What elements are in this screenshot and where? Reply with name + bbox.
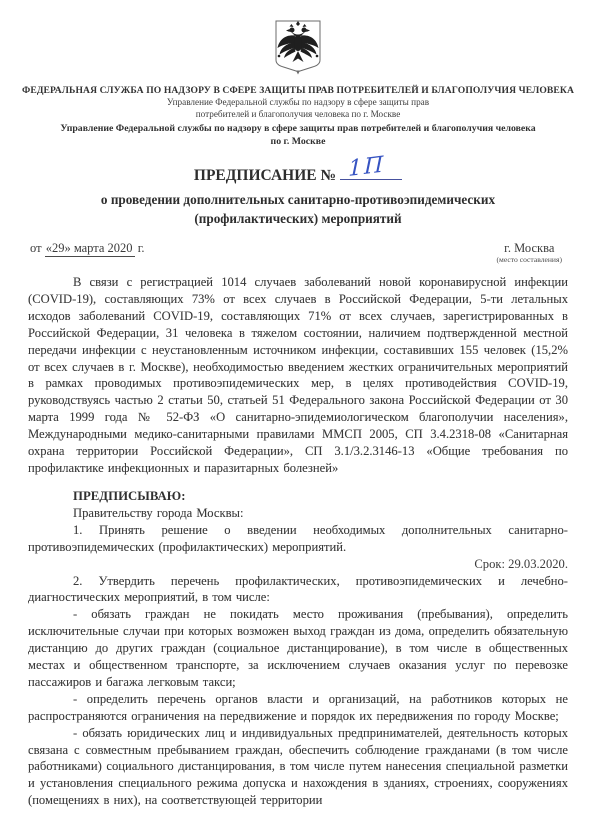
title-subtitle-2: (профилактических) мероприятий <box>28 210 568 229</box>
org-subline-1: Управление Федеральной службы по надзору… <box>28 97 568 109</box>
handwritten-number: 1П <box>348 154 385 181</box>
org-name-federal: ФЕДЕРАЛЬНАЯ СЛУЖБА ПО НАДЗОРУ В СФЕРЕ ЗА… <box>12 85 584 97</box>
title-label: ПРЕДПИСАНИЕ № <box>194 167 336 184</box>
intro-paragraph: В связи с регистрацией 1014 случаев забо… <box>28 274 568 477</box>
document-title-row: ПРЕДПИСАНИЕ №1П <box>28 161 568 187</box>
document-date: от «29» марта 2020 г. <box>28 241 145 257</box>
prescribe-heading: ПРЕДПИСЫВАЮ: <box>28 488 568 505</box>
addressee-line: Правительству города Москвы: <box>28 505 568 522</box>
place-name: г. Москва <box>497 241 562 255</box>
date-prefix: от <box>30 241 42 255</box>
order-item-2-bullet-1: - обязать граждан не покидать место прож… <box>28 606 568 691</box>
document-number-blank: 1П <box>340 161 402 180</box>
order-item-2-bullet-2: - определить перечень органов власти и о… <box>28 691 568 725</box>
title-subtitle-1: о проведении дополнительных санитарно-пр… <box>28 191 568 210</box>
order-item-2-bullet-3: - обязать юридических лиц и индивидуальн… <box>28 725 568 810</box>
order-item-2: 2. Утвердить перечень профилактических, … <box>28 573 568 607</box>
date-value: «29» марта 2020 <box>45 241 135 257</box>
place-caption: (место составления) <box>497 255 562 264</box>
place-block: г. Москва (место составления) <box>497 241 562 264</box>
order-item-1: 1. Принять решение о введении необходимы… <box>28 522 568 556</box>
deadline-1: Срок: 29.03.2020. <box>28 556 568 573</box>
org-name-moscow-1: Управление Федеральной службы по надзору… <box>28 123 568 136</box>
org-subline-2: потребителей и благополучия человека по … <box>28 109 568 121</box>
document-page: ФЕДЕРАЛЬНАЯ СЛУЖБА ПО НАДЗОРУ В СФЕРЕ ЗА… <box>0 0 596 832</box>
meta-row: от «29» марта 2020 г. г. Москва (место с… <box>28 241 568 264</box>
date-suffix: г. <box>138 241 145 255</box>
org-name-moscow-2: по г. Москве <box>28 136 568 149</box>
russia-coat-of-arms-icon <box>273 18 323 76</box>
